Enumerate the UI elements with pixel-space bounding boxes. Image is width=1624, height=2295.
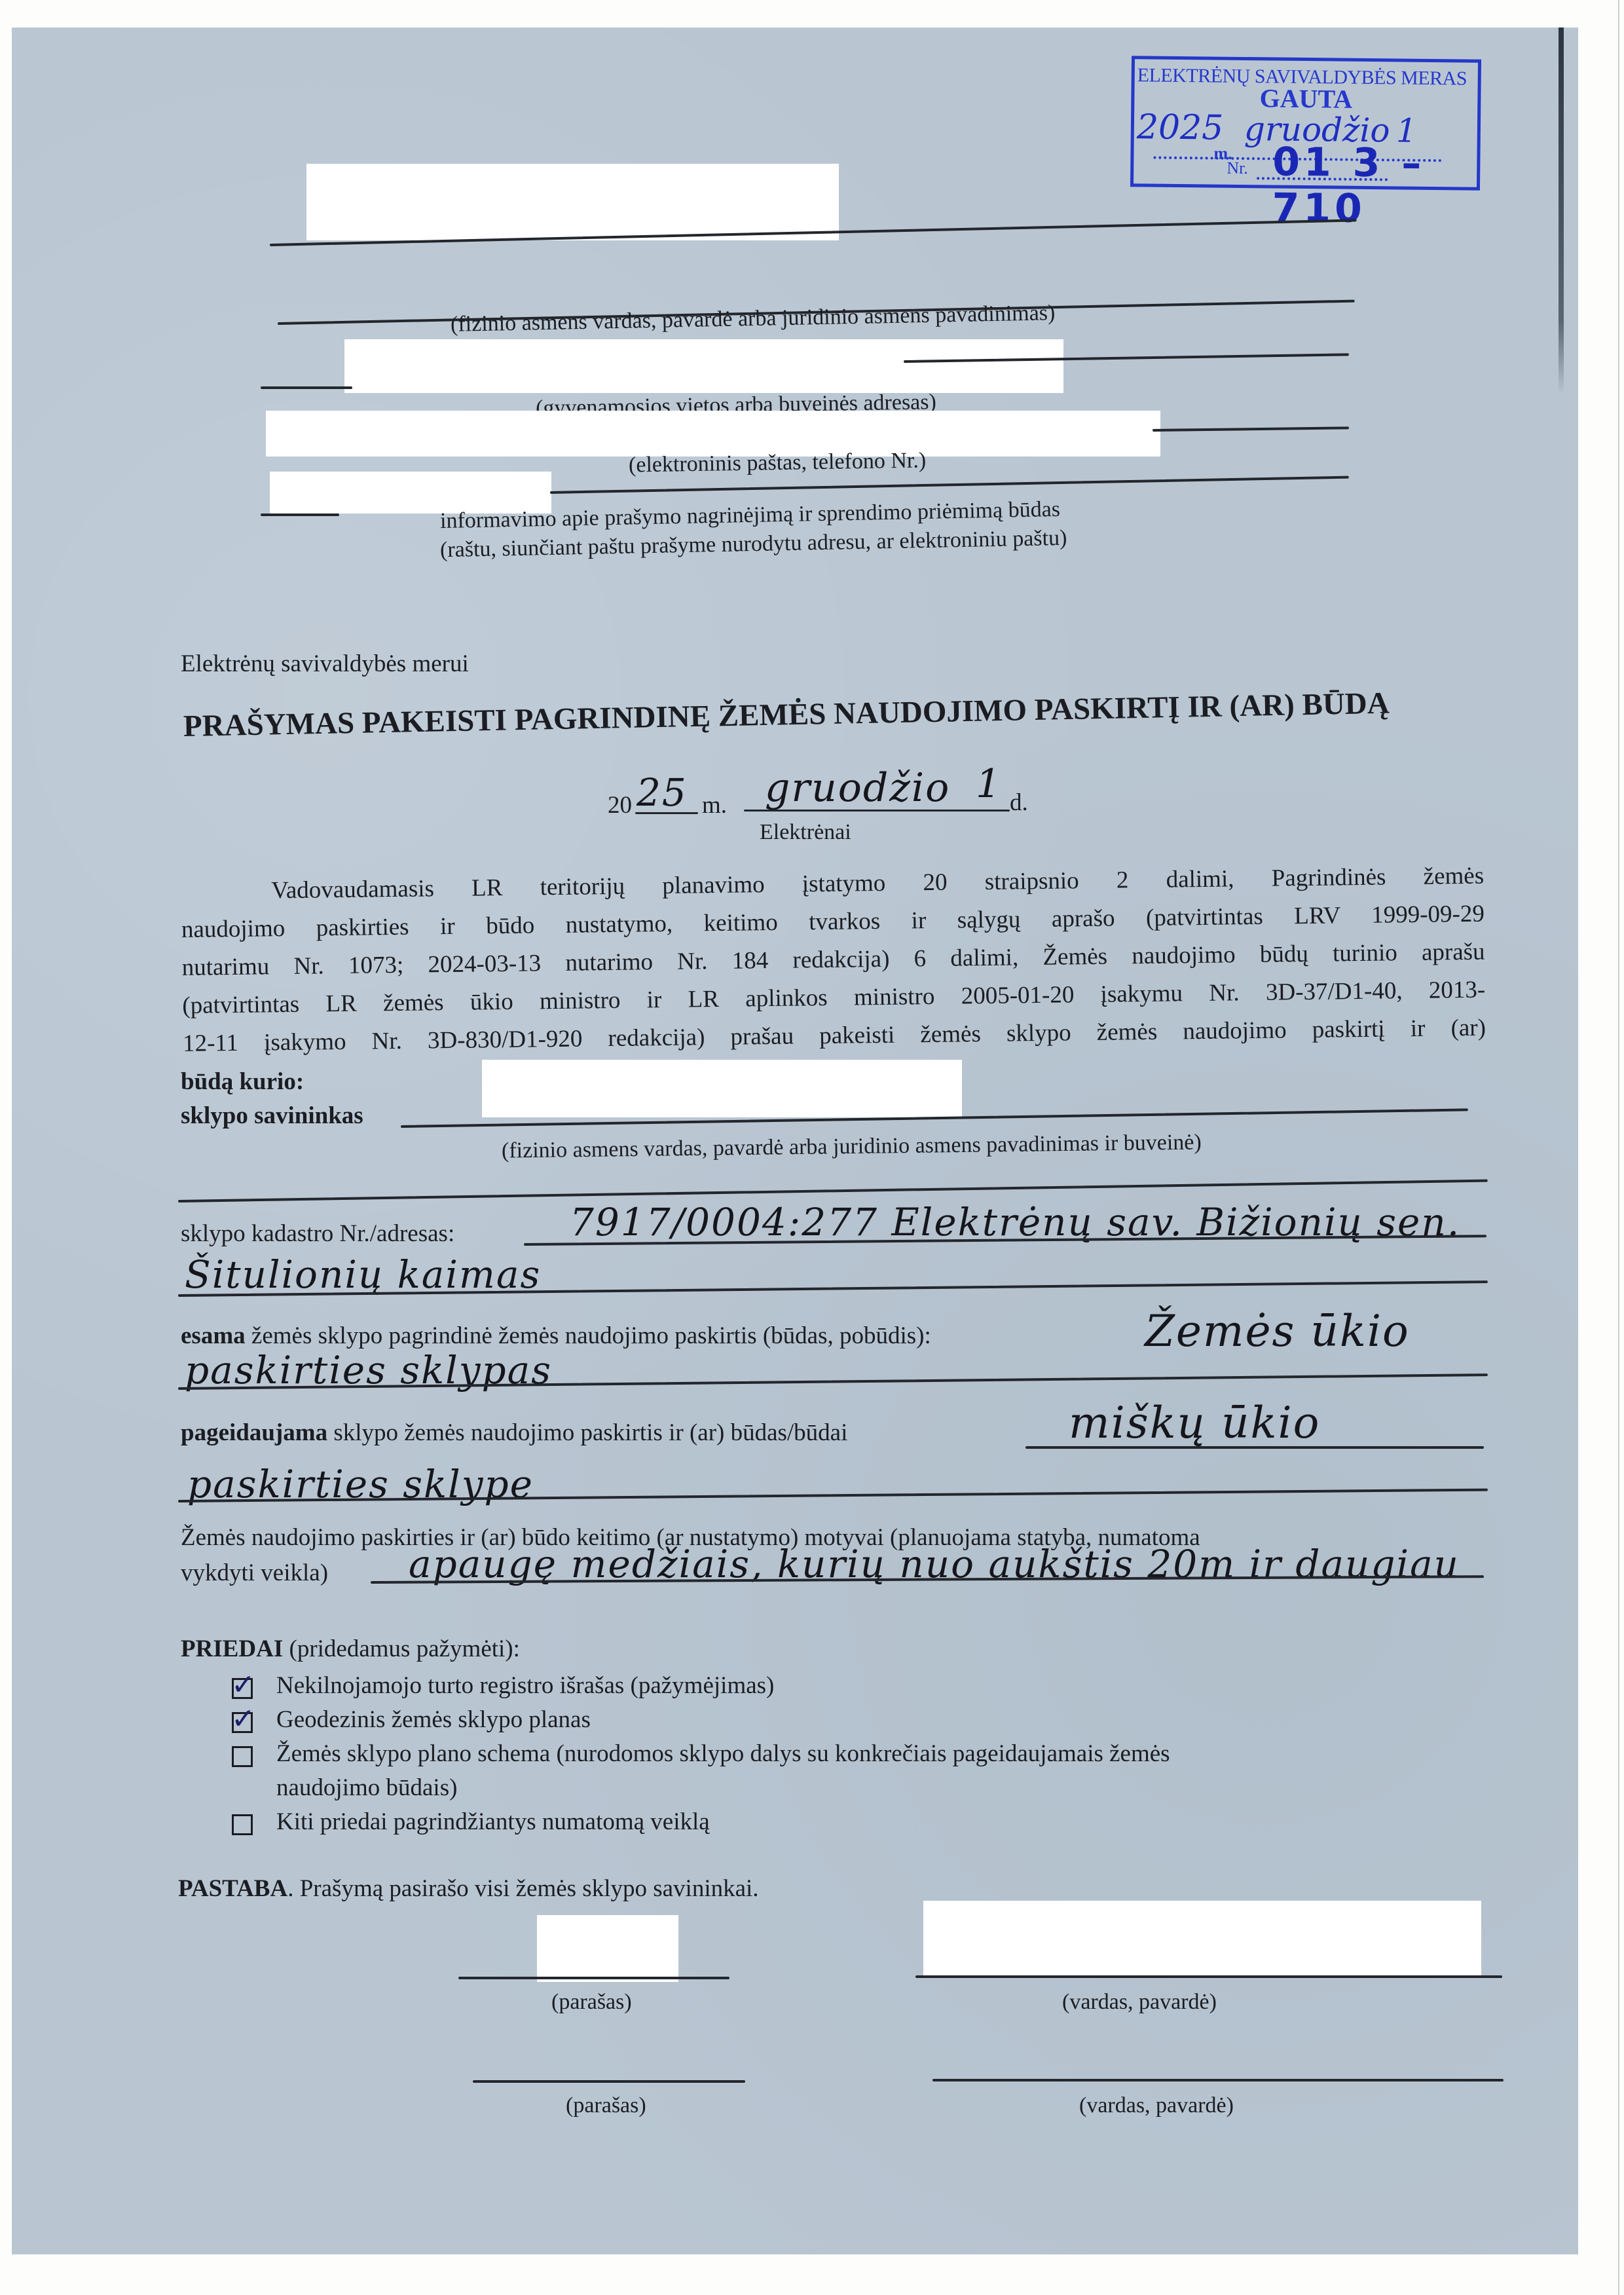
signature-caption-2: (parašas) [566, 2093, 646, 2118]
name-caption-2: (vardas, pavardė) [1079, 2093, 1234, 2118]
note: PASTABA. Prašymą pasirašo visi žemės skl… [178, 1875, 759, 1903]
current-purpose-label: esama žemės sklypo pagrindinė žemės naud… [181, 1322, 931, 1350]
desired-purpose-value-line-1: miškų ūkio [1069, 1398, 1320, 1448]
attachment-label-2: Geodezinis žemės sklypo planas [276, 1706, 591, 1734]
attachment-label-3-line-2: naudojimo būdais) [276, 1774, 457, 1802]
applicant-address-line-left [261, 386, 352, 389]
addressee: Elektrėnų savivaldybės merui [181, 650, 469, 678]
redacted-applicant-name [306, 164, 839, 240]
note-bold: PASTABA [178, 1875, 287, 1902]
attachment-checkbox-1[interactable]: ✓ [232, 1678, 253, 1699]
current-purpose-value-line-1: Žemės ūkio [1145, 1306, 1410, 1356]
name-line-2 [932, 2079, 1504, 2081]
attachments-heading-bold: PRIEDAI [181, 1635, 283, 1662]
redacted-applicant-contact [266, 411, 1160, 457]
date-day-handwritten: 1 [976, 761, 1002, 807]
desired-purpose-label: pageidaujama sklypo žemės naudojimo pask… [181, 1419, 847, 1447]
attachment-checkbox-3[interactable] [232, 1746, 253, 1767]
attachment-label-3: Žemės sklypo plano schema (nurodomos skl… [276, 1740, 1170, 1768]
desired-purpose-label-text: sklypo žemės naudojimo paskirtis ir (ar)… [327, 1419, 847, 1446]
redacted-signer-name-1 [923, 1901, 1481, 1977]
stamp-number-label: Nr. [1227, 159, 1248, 178]
notification-method-line-left [261, 513, 339, 516]
date-day-suffix: d. [1010, 789, 1028, 817]
current-purpose-label-text: žemės sklypo pagrindinė žemės naudojimo … [246, 1322, 931, 1349]
attachments-heading: PRIEDAI (pridedamus pažymėti): [181, 1635, 520, 1663]
applicant-contact-caption: (elektroninis paštas, telefono Nr.) [629, 448, 927, 477]
page-shadow-edge [1559, 28, 1564, 394]
signature-line-2 [473, 2080, 745, 2083]
budas-kurio-label: būdą kurio: [181, 1068, 304, 1096]
redacted-applicant-address [344, 339, 1063, 393]
name-line-1 [915, 1975, 1502, 1978]
stamp-year: 2025 [1137, 107, 1224, 147]
date-month-line [744, 810, 1010, 812]
stamp-number-value: 01 3 – 710 [1272, 139, 1477, 233]
date-place: Elektrėnai [760, 820, 851, 845]
received-stamp: ELEKTRĖNŲ SAVIVALDYBĖS MERAS GAUTA 2025 … [1130, 56, 1481, 191]
date-year-prefix: 20 [608, 791, 632, 819]
redacted-owner-name [482, 1060, 962, 1117]
scanner-edge-line [1618, 0, 1619, 2295]
date-year-suffix: m. [702, 791, 727, 819]
date-year-handwritten: 25 [637, 770, 688, 815]
attachment-label-4: Kiti priedai pagrindžiantys numatomą vei… [276, 1808, 710, 1836]
owner-label: sklypo savininkas [181, 1102, 363, 1130]
check-mark-icon: ✓ [231, 1668, 255, 1702]
check-mark-icon: ✓ [231, 1702, 255, 1736]
redacted-signature-1 [537, 1915, 678, 1982]
name-caption-1: (vardas, pavardė) [1062, 1990, 1217, 2015]
attachments-heading-text: (pridedamus pažymėti): [283, 1635, 520, 1662]
signature-line-1 [458, 1977, 729, 1979]
signature-caption-1: (parašas) [551, 1990, 632, 2015]
desired-purpose-label-bold: pageidaujama [181, 1419, 327, 1446]
date-month-handwritten: gruodžio [765, 765, 950, 811]
motive-label-line-2: vykdyti veikla) [181, 1559, 328, 1587]
attachment-label-1: Nekilnojamojo turto registro išrašas (pa… [276, 1671, 774, 1700]
attachment-checkbox-4[interactable] [232, 1814, 253, 1835]
desired-purpose-line [1025, 1446, 1484, 1449]
note-text: . Prašymą pasirašo visi žemės sklypo sav… [287, 1875, 758, 1902]
attachment-checkbox-2[interactable]: ✓ [232, 1712, 253, 1733]
cadastre-label: sklypo kadastro Nr./adresas: [181, 1220, 454, 1248]
current-purpose-label-bold: esama [181, 1322, 246, 1349]
date-year-line [635, 812, 698, 814]
cadastre-value-line-2: Šitulionių kaimas [185, 1252, 541, 1297]
